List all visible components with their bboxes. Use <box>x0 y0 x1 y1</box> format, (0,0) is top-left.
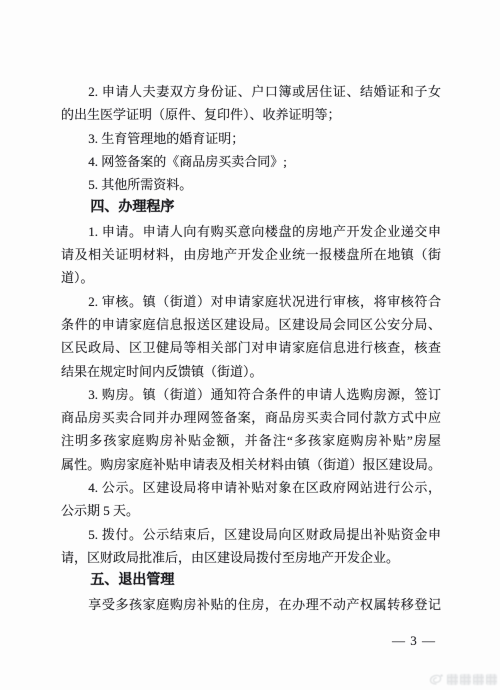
watermark-glyph <box>486 674 497 685</box>
document-line: 公示期 5 天。 <box>61 499 441 522</box>
watermark-text-glyphs <box>447 674 497 685</box>
document-line: 注明多孩家庭购房补贴金额，并备注“多孩家庭购房补贴”房屋 <box>61 429 441 452</box>
watermark-glyph <box>460 674 471 685</box>
section-heading: 五、退出管理 <box>61 569 441 592</box>
document-line: 4. 网签备案的《商品房买卖合同》; <box>61 150 441 173</box>
document-line: 请及相关证明材料，由房地产开发企业统一报楼盘所在地镇（街 <box>61 243 441 266</box>
document-line: 5. 拨付。公示结束后，区建设局向区财政局提出补贴资金申 <box>61 523 441 546</box>
document-line: 区民政局、区卫健局等相关部门对申请家庭信息进行核查，核查 <box>61 336 441 359</box>
document-line: 3. 生育管理地的婚育证明； <box>61 127 441 150</box>
document-line: 道）。 <box>61 266 441 289</box>
document-line: 属性。购房家庭补贴申请表及相关材料由镇（街道）报区建设局。 <box>61 453 441 476</box>
document-line: 1. 申请。申请人向有购买意向楼盘的房地产开发企业递交申 <box>61 220 441 243</box>
document-line: 条件的申请家庭信息报送区建设局。区建设局会同区公安分局、 <box>61 313 441 336</box>
document-page: 2. 申请人夫妻双方身份证、户口簿或居住证、结婚证和子女 的出生医学证明（原件、… <box>0 0 500 690</box>
document-line: 请，区财政局批准后，由区建设局拨付至房地产开发企业。 <box>61 546 441 569</box>
document-line: 结果在规定时间内反馈镇（街道）。 <box>61 360 441 383</box>
watermark-swirl-logo-icon <box>429 673 444 686</box>
document-line: 5. 其他所需资料。 <box>61 173 441 196</box>
watermark-glyph <box>447 674 458 685</box>
document-line: 商品房买卖合同并办理网签备案，商品房买卖合同付款方式中应 <box>61 406 441 429</box>
page-number: — 3 — <box>392 633 436 649</box>
document-line: 3. 购房。镇（街道）通知符合条件的申请人选购房源，签订 <box>61 383 441 406</box>
section-heading: 四、办理程序 <box>61 196 441 219</box>
watermark-glyph <box>473 674 484 685</box>
document-line: 2. 审核。镇（街道）对申请家庭状况进行审核，将审核符合 <box>61 290 441 313</box>
document-line: 的出生医学证明（原件、复印件）、收养证明等； <box>61 103 441 126</box>
document-line: 4. 公示。区建设局将申请补贴对象在区政府网站进行公示， <box>61 476 441 499</box>
watermark <box>429 673 497 686</box>
document-line: 享受多孩家庭购房补贴的住房，在办理不动产权属转移登记 <box>61 593 441 616</box>
document-text-block: 2. 申请人夫妻双方身份证、户口簿或居住证、结婚证和子女 的出生医学证明（原件、… <box>61 80 441 616</box>
document-line: 2. 申请人夫妻双方身份证、户口簿或居住证、结婚证和子女 <box>61 80 441 103</box>
